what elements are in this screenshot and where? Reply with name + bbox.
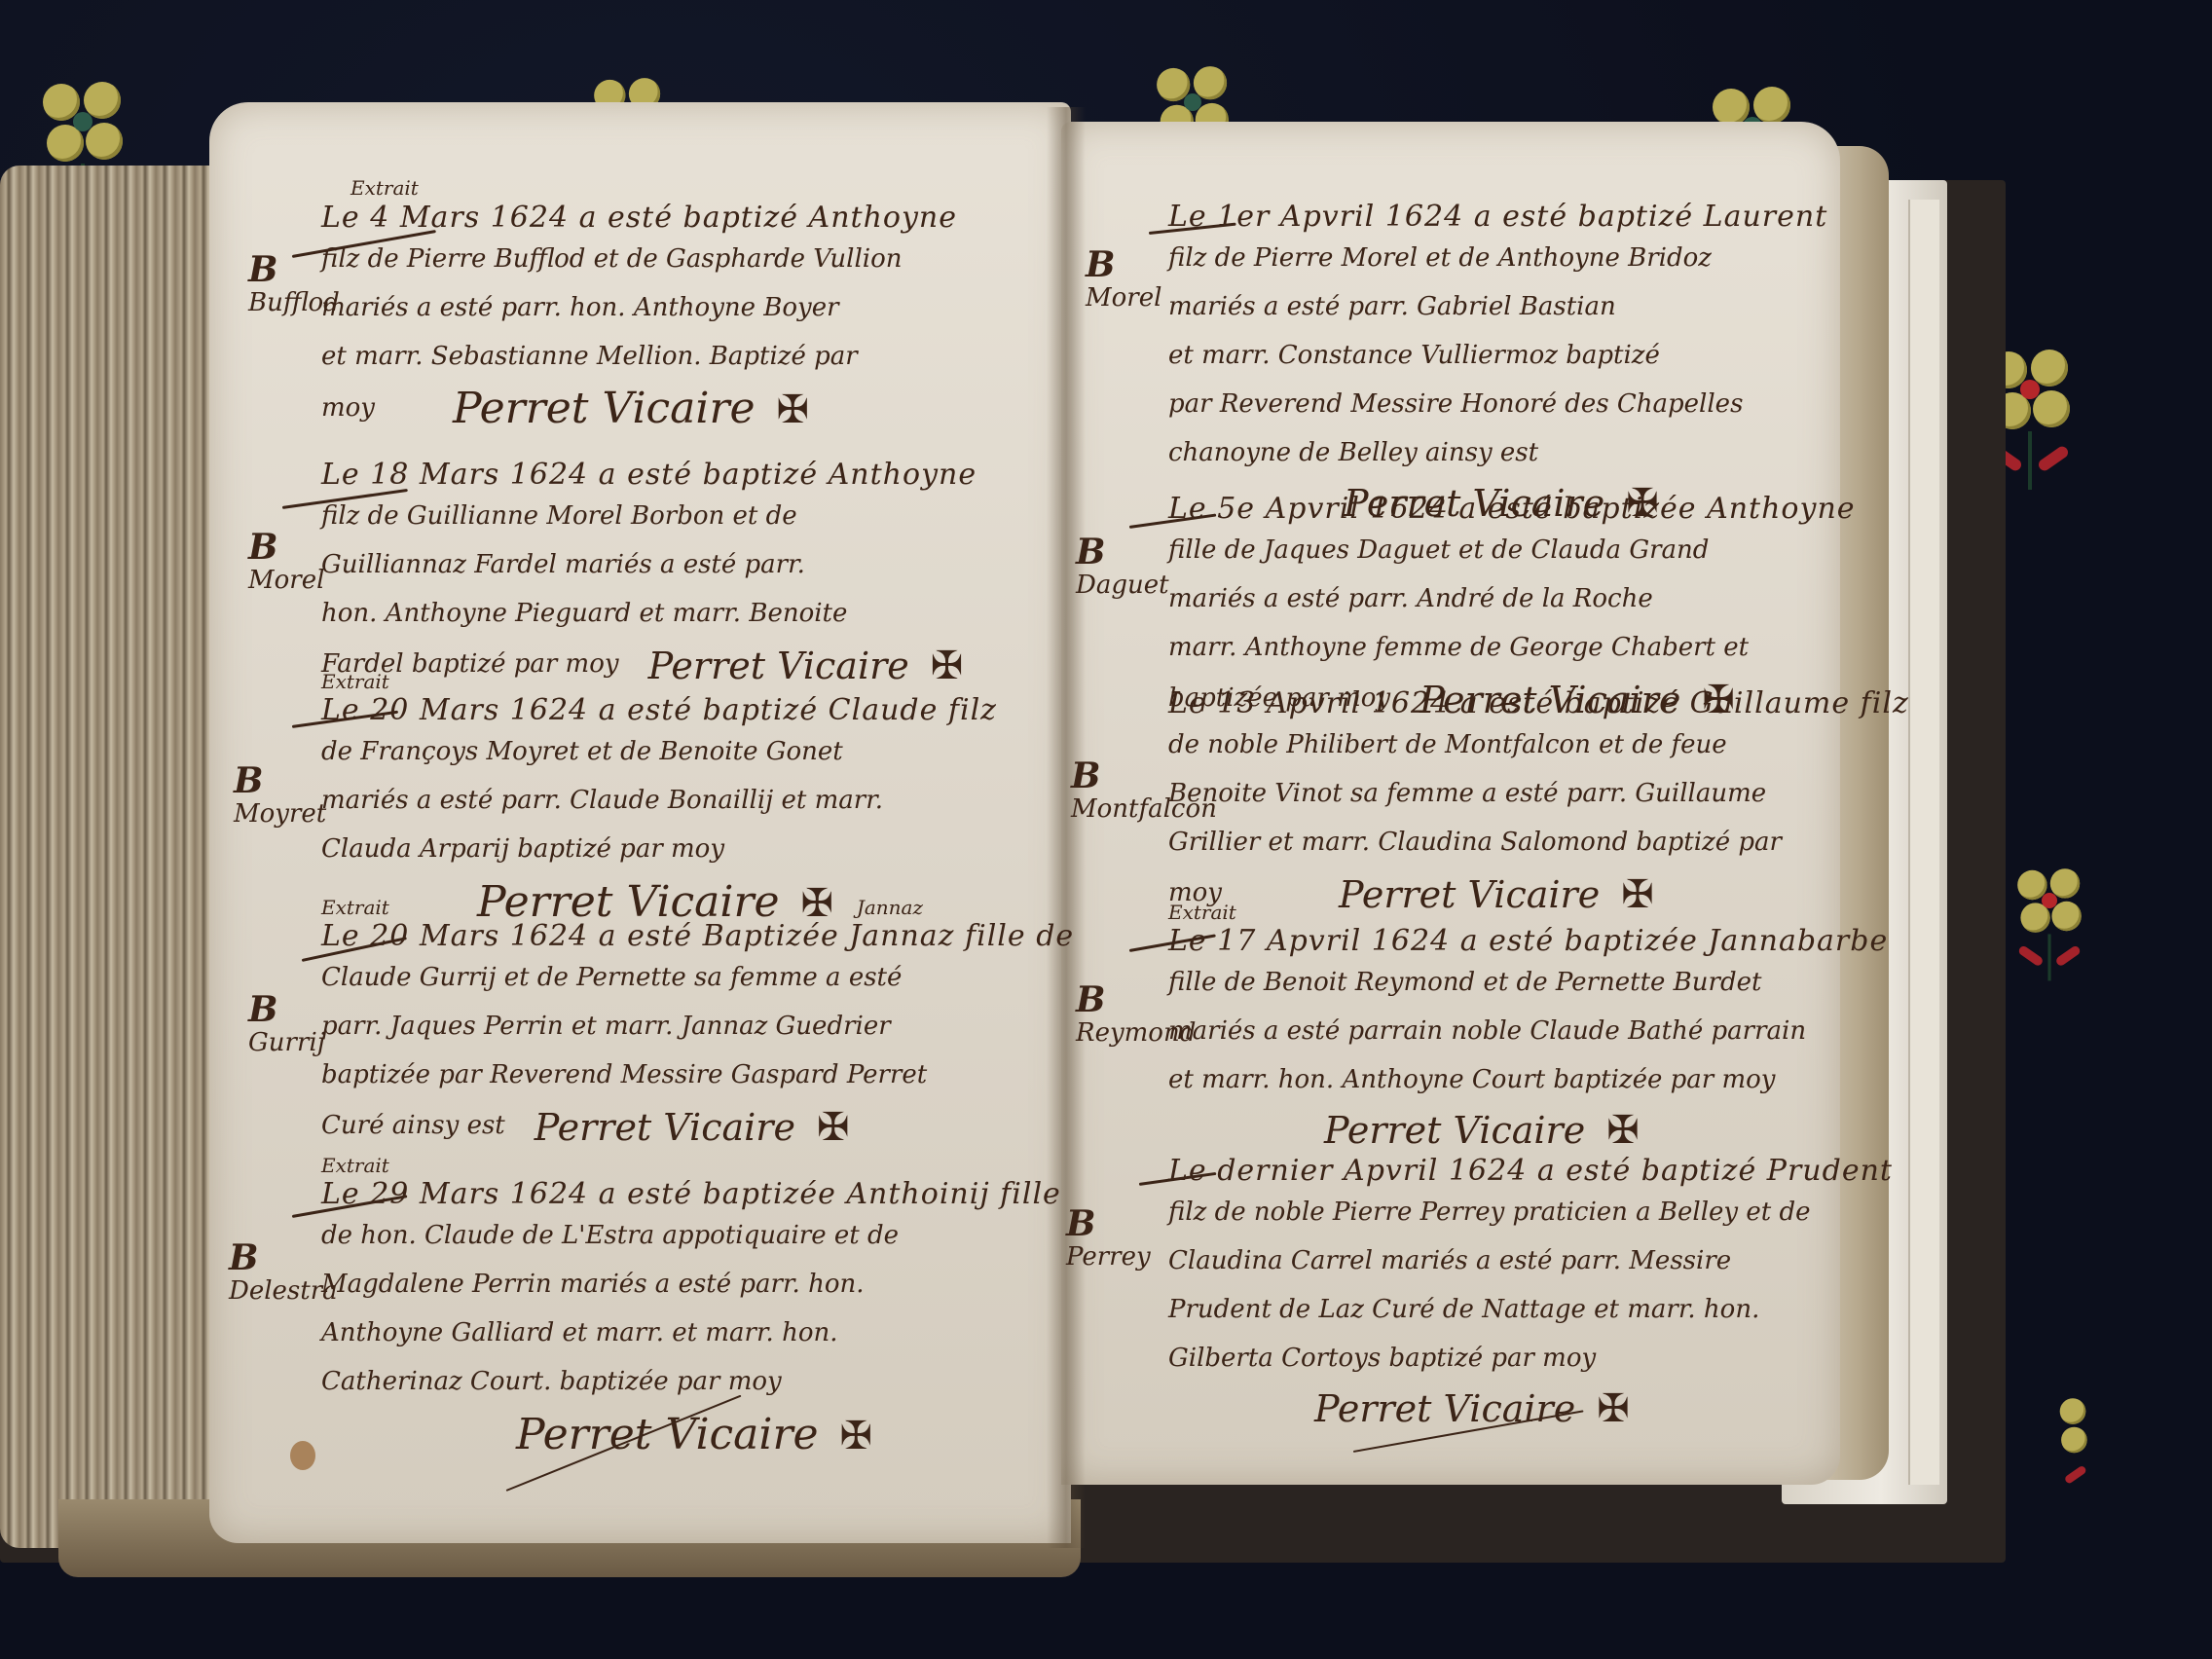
surname: Morel [248, 566, 324, 595]
frayed-page-edges [0, 166, 243, 1548]
interlinear-name: Jannaz [857, 896, 923, 919]
signature-text: Perret Vicaire [1314, 1387, 1575, 1430]
margin-note: B Moyret [234, 764, 326, 830]
entry-line: mariés a esté parr. André de la Roche [1168, 574, 1856, 623]
cross-paraph-icon: ✠ [777, 387, 810, 432]
entry-line: Guilliannaz Fardel mariés a esté parr. [321, 540, 977, 589]
entry-line: mariés a esté parrain noble Claude Bathé… [1168, 1007, 1888, 1055]
entry-line: Benoite Vinot sa femme a esté parr. Guil… [1168, 769, 1909, 818]
entry-line: Claudina Carrel mariés a esté parr. Mess… [1168, 1236, 1893, 1285]
cross-paraph-icon: ✠ [840, 1414, 873, 1458]
baptism-entry: Extrait Le 20 Mars 1624 a esté baptizé C… [321, 670, 997, 927]
embroidered-flower-icon [2014, 866, 2084, 936]
baptism-mark: B [1066, 1207, 1151, 1240]
signature-text: Perret Vicaire [516, 1410, 819, 1459]
baptism-mark: B [1086, 248, 1161, 281]
interlinear-note: Extrait Jannaz [321, 896, 1074, 919]
baptism-mark: B [234, 764, 326, 797]
entry-heading: Le 5e Apvril 1624 a esté baptizée Anthoy… [1168, 492, 1856, 526]
entry-heading: Le 13 Apvril 1624 a esté baptizé Guillau… [1168, 686, 1909, 720]
extrait-annotation: Extrait [321, 896, 389, 919]
entry-line: moy Perret Vicaire✠ [321, 381, 957, 434]
entry-line: et marr. hon. Anthoyne Court baptizée pa… [1168, 1055, 1888, 1104]
entry-line: filz de Pierre Bufflod et de Gaspharde V… [321, 235, 957, 283]
entry-line: Grillier et marr. Claudina Salomond bapt… [1168, 818, 1909, 866]
entry-heading: Le 1er Apvril 1624 a esté baptizé Lauren… [1168, 200, 1827, 234]
entry-heading: Le 17 Apvril 1624 a esté baptizée Jannab… [1168, 924, 1888, 958]
entry-line: Prudent de Laz Curé de Nattage et marr. … [1168, 1285, 1893, 1334]
entry-heading: Le 20 Mars 1624 a esté Baptizée Jannaz f… [321, 919, 1074, 953]
extrait-annotation: Extrait [1168, 901, 1888, 924]
surname: Moyret [234, 799, 326, 829]
entry-line: filz de Guillianne Morel Borbon et de [321, 492, 977, 540]
baptism-entry: Le 18 Mars 1624 a esté baptizé Anthoyne … [321, 458, 977, 690]
entry-line: de hon. Claude de L'Estra appotiquaire e… [321, 1211, 1061, 1260]
signature-text: Perret Vicaire [453, 384, 756, 433]
surname: Perrey [1066, 1242, 1151, 1272]
baptism-entry: Extrait Le 17 Apvril 1624 a esté baptizé… [1168, 901, 1888, 1153]
entry-line: Claude Gurrij et de Pernette sa femme a … [321, 953, 1074, 1002]
entry-heading: Le 4 Mars 1624 a esté baptizé Anthoyne [321, 201, 957, 235]
entry-line: Clauda Arparij baptizé par moy [321, 825, 997, 873]
entry-line: Gilberta Cortoys baptizé par moy [1168, 1334, 1893, 1382]
signature-text: Perret Vicaire [1324, 1109, 1585, 1152]
entry-heading: Le 18 Mars 1624 a esté baptizé Anthoyne [321, 458, 977, 492]
extrait-annotation: Extrait [321, 670, 997, 693]
entry-line: baptizée par Reverend Messire Gaspard Pe… [321, 1051, 1074, 1099]
margin-note: B Perrey [1066, 1207, 1151, 1273]
entry-line-end: Curé ainsy est [321, 1101, 505, 1150]
cross-paraph-icon: ✠ [1606, 1108, 1640, 1153]
entry-line: hon. Anthoyne Pieguard et marr. Benoite [321, 589, 977, 638]
entry-line: Curé ainsy est Perret Vicaire✠ [321, 1099, 1074, 1152]
entry-line: fille de Jaques Daguet et de Clauda Gran… [1168, 526, 1856, 574]
baptism-mark: B [248, 531, 324, 564]
entry-heading: Le 29 Mars 1624 a esté baptizée Anthoini… [321, 1177, 1061, 1211]
margin-note: B Daguet [1076, 535, 1169, 602]
extrait-annotation: Extrait [321, 1154, 1061, 1177]
blank-endpaper-edge [1908, 200, 1939, 1485]
entry-line: et marr. Sebastianne Mellion. Baptizé pa… [321, 332, 957, 381]
baptism-entry: Extrait Le 4 Mars 1624 a esté baptizé An… [321, 175, 957, 434]
cross-paraph-icon: ✠ [817, 1105, 850, 1150]
baptism-mark: B [1076, 535, 1169, 569]
entry-line-end: moy [321, 384, 375, 432]
entry-line: mariés a esté parr. Claude Bonaillij et … [321, 776, 997, 825]
margin-note: B Gurrij [248, 993, 325, 1059]
entry-line: par Reverend Messire Honoré des Chapelle… [1168, 380, 1827, 428]
entry-line: Anthoyne Galliard et marr. et marr. hon. [321, 1309, 1061, 1357]
entry-line: chanoyne de Belley ainsy est [1168, 428, 1827, 477]
entry-line: filz de Pierre Morel et de Anthoyne Brid… [1168, 234, 1827, 282]
margin-note: B Morel [248, 531, 324, 597]
entry-line: fille de Benoit Reymond et de Pernette B… [1168, 958, 1888, 1007]
baptism-entry: Le 1er Apvril 1624 a esté baptizé Lauren… [1168, 200, 1827, 526]
entry-line: et marr. Constance Vulliermoz baptizé [1168, 331, 1827, 380]
cross-paraph-icon: ✠ [1597, 1386, 1630, 1431]
signature-text: Perret Vicaire [535, 1106, 795, 1149]
entry-line: de noble Philibert de Montfalcon et de f… [1168, 720, 1909, 769]
entry-line: mariés a esté parr. Gabriel Bastian [1168, 282, 1827, 331]
baptism-entry: Le 13 Apvril 1624 a esté baptizé Guillau… [1168, 686, 1909, 919]
signature: Perret Vicaire✠ [1314, 1386, 1893, 1431]
surname: Gurrij [248, 1028, 325, 1057]
ink-stain [290, 1441, 315, 1470]
baptism-entry: Le dernier Apvril 1624 a esté baptizé Pr… [1168, 1154, 1893, 1431]
baptism-entry: Extrait Jannaz Le 20 Mars 1624 a esté Ba… [321, 896, 1074, 1152]
signature: Perret Vicaire✠ [535, 1103, 850, 1152]
entry-line: de Françoys Moyret et de Benoite Gonet [321, 727, 997, 776]
extrait-annotation: Extrait [350, 175, 957, 201]
entry-heading: Le 20 Mars 1624 a esté baptizé Claude fi… [321, 693, 997, 727]
embroidered-flower-icon [2029, 1396, 2090, 1457]
entry-line: marr. Anthoyne femme de George Chabert e… [1168, 623, 1856, 672]
entry-heading: Le dernier Apvril 1624 a esté baptizé Pr… [1168, 1154, 1893, 1188]
embroidered-flower-icon [39, 78, 127, 166]
signature: Perret Vicaire✠ [453, 385, 809, 434]
surname: Daguet [1076, 571, 1169, 600]
signature: Perret Vicaire✠ [1324, 1108, 1888, 1153]
entry-line: mariés a esté parr. hon. Anthoyne Boyer [321, 283, 957, 332]
entry-line: Catherinaz Court. baptizée par moy [321, 1357, 1061, 1406]
surname: Morel [1086, 283, 1161, 313]
baptism-mark: B [248, 993, 325, 1026]
entry-line: filz de noble Pierre Perrey praticien a … [1168, 1188, 1893, 1236]
margin-note: B Morel [1086, 248, 1161, 314]
entry-line: Magdalene Perrin mariés a esté parr. hon… [321, 1260, 1061, 1309]
entry-line: parr. Jaques Perrin et marr. Jannaz Gued… [321, 1002, 1074, 1051]
